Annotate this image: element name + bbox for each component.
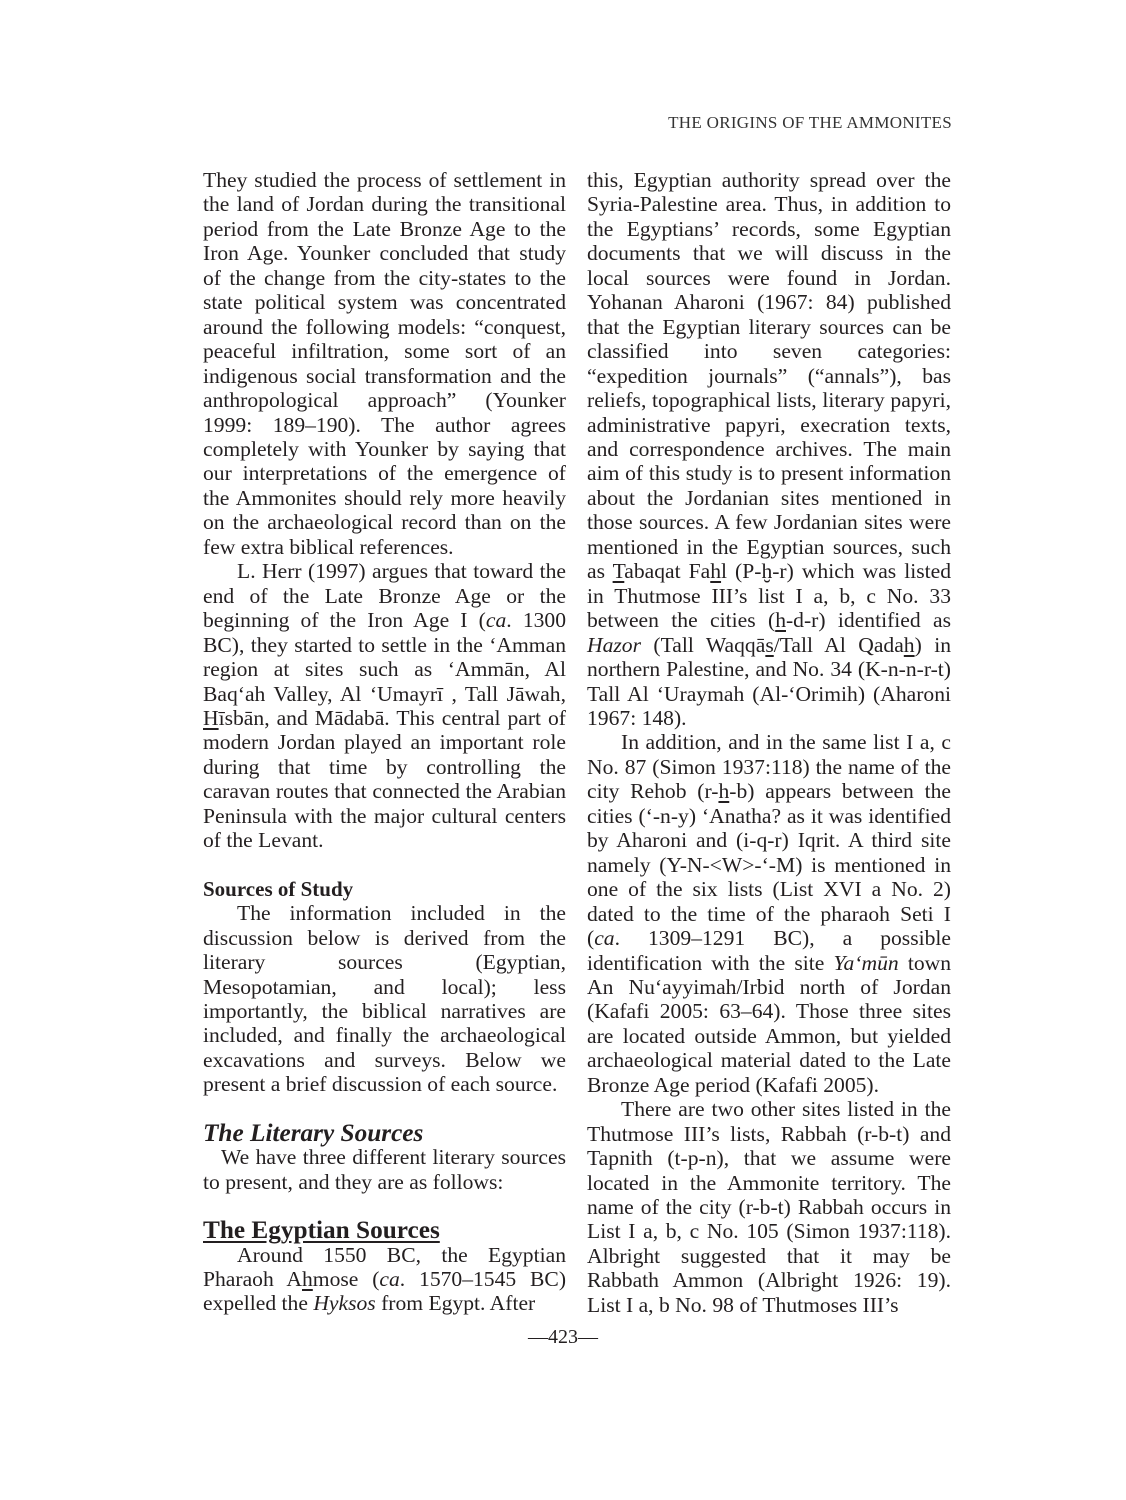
body-paragraph: We have three different literary sources… <box>203 1145 566 1194</box>
section-heading: The Egyptian Sources <box>203 1218 566 1242</box>
body-paragraph: this, Egyptian authority spread over the… <box>587 168 951 730</box>
section-heading: Sources of Study <box>203 877 566 901</box>
text-run: -b) appears between the cities (‘-n-y) ‘… <box>587 779 951 950</box>
italic-text: ca <box>486 608 506 632</box>
text-run: They studied the process of settlement i… <box>203 168 566 559</box>
text-run: /Tall Al Qada <box>774 633 904 657</box>
text-run: (Tall Waqqā <box>641 633 765 657</box>
text-run: -d-r) identified as <box>786 608 951 632</box>
right-column: this, Egyptian authority spread over the… <box>587 168 951 1317</box>
body-paragraph: They studied the process of settlement i… <box>203 168 566 559</box>
italic-text: Hyksos <box>313 1291 375 1315</box>
text-run: The Egyptian Sources <box>203 1216 440 1244</box>
italic-text: Hazor <box>587 633 641 657</box>
text-run: abaqat Fa <box>624 559 710 583</box>
text-run: We have three different literary sources… <box>203 1145 566 1193</box>
body-paragraph: The information included in the discussi… <box>203 901 566 1097</box>
underlined-text: h <box>775 608 786 632</box>
page-number: —423— <box>0 1326 1126 1349</box>
text-run: īsbān, and Mādabā. This central part of … <box>203 706 566 852</box>
body-paragraph: There are two other sites listed in the … <box>587 1097 951 1317</box>
underlined-text: s <box>765 633 773 657</box>
text-run: Sources of Study <box>203 877 353 901</box>
running-head: THE ORIGINS OF THE AMMONITES <box>668 113 952 133</box>
body-paragraph: L. Herr (1997) argues that toward the en… <box>203 559 566 852</box>
underlined-text: h <box>302 1267 313 1291</box>
left-column: They studied the process of settlement i… <box>203 168 566 1316</box>
text-run: mose ( <box>313 1267 380 1291</box>
underlined-text: h <box>710 559 721 583</box>
underlined-text: T <box>613 559 625 583</box>
text-run: from Egypt. After <box>376 1291 536 1315</box>
underlined-text: h <box>718 779 729 803</box>
italic-text: ca <box>594 926 614 950</box>
underlined-text: H <box>203 706 219 730</box>
text-run: this, Egyptian authority spread over the… <box>587 168 951 583</box>
text-run: There are two other sites listed in the … <box>587 1097 951 1317</box>
italic-text: ca <box>379 1267 399 1291</box>
italic-text: Ya‘mūn <box>833 951 898 975</box>
section-heading: The Literary Sources <box>203 1121 566 1145</box>
body-paragraph: Around 1550 BC, the Egyptian Pharaoh Ahm… <box>203 1243 566 1316</box>
text-run: The Literary Sources <box>203 1119 423 1147</box>
body-paragraph: In addition, and in the same list I a, c… <box>587 730 951 1097</box>
underlined-text: h <box>904 633 915 657</box>
text-run: The information included in the discussi… <box>203 901 566 1096</box>
